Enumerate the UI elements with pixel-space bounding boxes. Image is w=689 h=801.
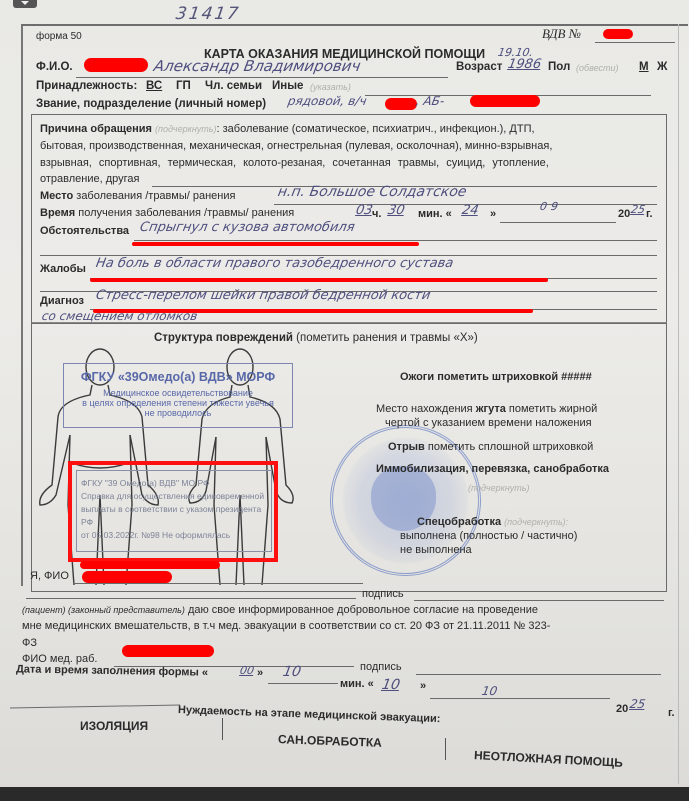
redaction [82, 571, 172, 583]
circumstances-label: Обстоятельства [40, 225, 129, 237]
evacuation-title: Нуждаемость на этапе медицинской эвакуац… [178, 704, 441, 725]
time-label: Время получения заболевания /травмы/ ран… [40, 207, 294, 219]
redaction [80, 561, 220, 569]
redaction [470, 95, 540, 107]
evac-option-isolation[interactable]: ИЗОЛЯЦИЯ [80, 719, 148, 733]
evac-divider [445, 738, 446, 760]
place-label-bold: Место [40, 190, 73, 202]
rank-label: Звание, подразделение (личный номер) [36, 98, 266, 110]
consent-text-1a: даю свое информированное добровольное со… [185, 604, 538, 616]
red-highlight-box [68, 461, 278, 562]
diagnosis-value-1[interactable]: Стресс-перелом шейки правой бедренной ко… [95, 288, 432, 303]
evac-border-left [10, 705, 180, 709]
fio-line-2 [26, 598, 356, 599]
consent-text-3: ФЗ [22, 637, 37, 649]
tq-c: пометить жирной [506, 403, 597, 415]
affiliation-family[interactable]: Чл. семьи [205, 80, 262, 92]
time-month[interactable]: 09 [539, 200, 563, 213]
sex-option-f[interactable]: Ж [657, 61, 667, 73]
sex-option-m[interactable]: М [639, 61, 649, 73]
stamp1-line2: в целях определения степени тяжести увеч… [64, 398, 292, 408]
reason-text-3: взрывная, спортивная, термическая, колот… [40, 157, 549, 169]
fill-signature-line [416, 674, 661, 675]
redaction [603, 29, 633, 39]
complaints-value[interactable]: На боль в области правого тазобедренного… [95, 256, 455, 271]
i-fio-line [73, 583, 363, 584]
place-label-text: заболевания /травмы/ ранения [73, 190, 235, 202]
age-label: Возраст [456, 61, 502, 73]
time-label-text: получения заболевания /травмы/ ранения [75, 207, 294, 219]
patient-hint: (пациент) (законный представитель) [22, 605, 185, 615]
i-fio-label: Я, ФИО [30, 570, 69, 582]
fill-date-label: Дата и время заполнения формы « [16, 663, 208, 678]
year-prefix: 20 [618, 208, 630, 220]
day-close: » [490, 208, 496, 220]
immobilization-label[interactable]: Иммобилизация, перевязка, санобработка [376, 463, 609, 475]
fill-signature-label: подпись [360, 661, 402, 673]
fill-minute-unit: мин. « [340, 678, 374, 690]
consent-text-2: мне медицинских вмешательств, в т.ч мед.… [22, 620, 550, 632]
sex-label: Пол [548, 61, 570, 73]
fill-year-prefix: 20 [616, 703, 628, 715]
fio-line [76, 77, 448, 78]
chevron-down-icon[interactable] [13, 0, 37, 8]
reason-text-2: бытовая, производственная, механическая,… [40, 140, 552, 152]
place-label: Место заболевания /травмы/ ранения [40, 190, 235, 202]
fill-day[interactable]: 10 [381, 677, 402, 693]
signature-label: подпись [362, 588, 404, 600]
special-option-done[interactable]: выполнена (полностью / частично) [400, 530, 577, 542]
immobilization-hint: (подчеркнуть) [468, 483, 530, 493]
redaction [122, 645, 214, 657]
signature-line [414, 600, 664, 601]
injuries-title-bold: Структура повреждений [154, 332, 293, 344]
red-underline [90, 278, 548, 282]
fio-label: Ф.И.О. [36, 61, 73, 73]
vdv-line [595, 42, 675, 43]
special-option-not-done[interactable]: не выполнена [400, 544, 472, 556]
affiliation-label: Принадлежность: [36, 80, 137, 92]
year-suffix[interactable]: 25 [630, 203, 646, 216]
circumstances-value[interactable]: Спрыгнул с кузова автомобиля [139, 220, 356, 235]
stamp-39omedo: ФГКУ «39Омедо(а) ВДВ» МОРФ Медицинское о… [63, 363, 293, 428]
tourniquet-instruction-1: Место нахождения жгута пометить жирной [376, 403, 597, 415]
age-value[interactable]: 1986 [507, 57, 543, 72]
redaction [385, 98, 417, 110]
reason-text-4: отравление, другая [40, 173, 139, 185]
tq-b: жгута [476, 403, 506, 415]
form-label: форма 50 [36, 31, 82, 42]
stamp1-line3: не проводилось [64, 408, 292, 418]
place-value[interactable]: н.п. Большое Солдатское [277, 184, 468, 200]
diagnosis-label: Диагноз [40, 295, 84, 307]
evac-divider [222, 718, 223, 740]
avulsion-instruction: Отрыв пометить сплошной штриховкой [388, 441, 593, 453]
injuries-title: Структура повреждений (пометить ранения … [154, 332, 478, 344]
special-label: Спецобработка [417, 516, 501, 528]
reason-line-1: Причина обращения (подчеркнуть): заболев… [40, 123, 535, 135]
affiliation-gp[interactable]: ГП [176, 80, 191, 92]
red-underline [132, 242, 419, 246]
affiliation-vs[interactable]: ВС [146, 80, 162, 92]
injuries-title-text: (пометить ранения и травмы «Х») [293, 332, 478, 344]
fill-minute[interactable]: 10 [282, 664, 303, 680]
avulsion-text: пометить сплошной штриховкой [425, 441, 593, 453]
reason-label: Причина обращения [40, 123, 152, 135]
rank-value-2[interactable]: , АБ- [415, 94, 446, 108]
reason-text-1: : заболевание (соматическое, психиатрич.… [217, 123, 535, 135]
complaints-label: Жалобы [40, 263, 86, 275]
fill-minute-line [268, 683, 338, 684]
medical-form-photo: 31417 форма 50 ВДВ № КАРТА ОКАЗАНИЯ МЕДИ… [0, 0, 689, 787]
rank-value[interactable]: рядовой, в/ч [287, 94, 368, 108]
evac-option-emergency[interactable]: НЕОТЛОЖНАЯ ПОМОЩЬ [474, 748, 623, 770]
affiliation-other[interactable]: Иные [272, 80, 303, 92]
time-hour[interactable]: 03 [355, 203, 374, 218]
fill-year-suffix[interactable]: 25 [629, 697, 647, 711]
minute-unit: мин. « [418, 208, 452, 220]
consent-text-1: (пациент) (законный представитель) даю с… [22, 604, 538, 616]
year-unit: г. [646, 208, 653, 220]
time-label-bold: Время [40, 207, 75, 219]
avulsion-bold: Отрыв [388, 441, 425, 453]
burns-instruction: Ожоги пометить штриховкой ##### [400, 371, 592, 383]
fill-month[interactable]: 10 [481, 684, 499, 698]
stamp1-title: ФГКУ «39Омедо(а) ВДВ» МОРФ [64, 370, 292, 384]
redaction [84, 58, 148, 72]
special-hint: (подчеркнуть): [504, 517, 568, 527]
fill-year-unit: г. [668, 707, 675, 719]
fill-month-line [430, 698, 610, 699]
stamp1-line1: Медицинское освидетельствование [64, 388, 292, 398]
fill-day-close: » [420, 680, 426, 692]
sex-hint: (обвести) [576, 63, 618, 73]
diagnosis-value-2[interactable]: со смещением отломков [41, 309, 199, 323]
affiliation-hint: (указать) [310, 82, 351, 92]
fio-value[interactable]: Александр Владимирович [152, 57, 362, 75]
special-treatment: Спецобработка (подчеркнуть): [417, 516, 568, 528]
fill-hour-close: » [257, 667, 263, 679]
hour-unit: ч. [372, 208, 381, 220]
month-line [500, 222, 616, 223]
tourniquet-instruction-2: чертой с указанием времени наложения [385, 417, 592, 429]
fill-hour[interactable]: 00 [239, 664, 255, 677]
tq-a: Место нахождения [376, 403, 476, 415]
circumstances-line [134, 240, 657, 241]
time-day[interactable]: 24 [461, 203, 480, 218]
vdv-label: ВДВ № [542, 26, 581, 42]
evac-option-sanitation[interactable]: САН.ОБРАБОТКА [278, 732, 382, 750]
page-edge [678, 24, 689, 784]
time-minute[interactable]: 30 [387, 203, 406, 218]
handwritten-number: 31417 [175, 4, 242, 24]
reason-hint: (подчеркнуть) [155, 124, 217, 134]
